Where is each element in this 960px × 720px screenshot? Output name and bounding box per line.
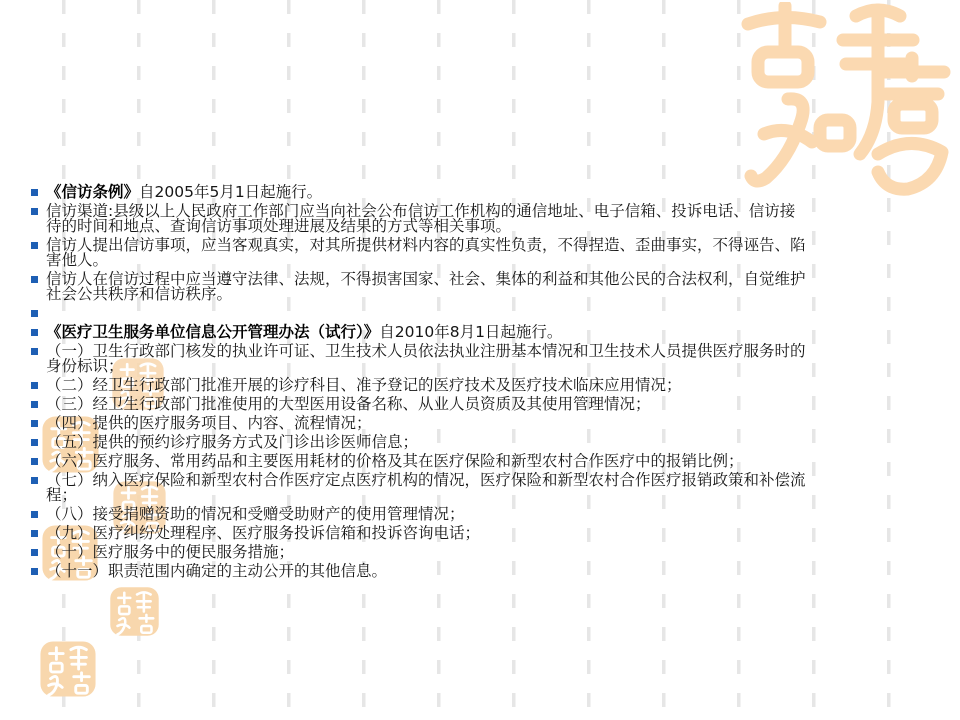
item-body: 信访人提出信访事项，应当客观真实，对其所提供材料内容的真实性负责，不得捏造、歪曲… xyxy=(46,236,806,269)
list-item: （六）医疗服务、常用药品和主要医用耗材的价格及其在医疗保险和新型农村合作医疗中的… xyxy=(30,452,852,471)
list-item: （十）医疗服务中的便民服务措施； xyxy=(30,543,852,562)
item-text: （一）卫生行政部门核发的执业许可证、卫生技术人员依法执业注册基本情况和卫生技术人… xyxy=(46,344,806,374)
item-body: （四）提供的医疗服务项目、内容、流程情况； xyxy=(46,414,372,432)
item-text: （三）经卫生行政部门批准使用的大型医用设备名称、从业人员资质及其使用管理情况； xyxy=(46,397,651,412)
bullet-icon xyxy=(31,530,38,537)
list-item xyxy=(30,304,852,323)
seal-stamp-icon xyxy=(109,586,160,637)
regulation-title: 《医疗卫生服务单位信息公开管理办法（试行）》 xyxy=(46,323,379,341)
item-text: 信访人提出信访事项，应当客观真实，对其所提供材料内容的真实性负责，不得捏造、歪曲… xyxy=(46,238,806,268)
item-text: （十）医疗服务中的便民服务措施； xyxy=(46,545,294,560)
bullet-icon xyxy=(31,549,38,556)
bullet-icon xyxy=(31,382,38,389)
list-item: 信访渠道:县级以上人民政府工作部门应当向社会公布信访工作机构的通信地址、电子信箱… xyxy=(30,202,852,236)
bullet-icon xyxy=(31,458,38,465)
bullet-icon xyxy=(31,477,38,484)
bullet-icon xyxy=(31,420,38,427)
item-body: 自2010年8月1日起施行。 xyxy=(379,323,562,341)
list-item: （八）接受捐赠资助的情况和受赠受助财产的使用管理情况； xyxy=(30,505,852,524)
bullet-icon xyxy=(31,242,38,249)
item-text: （九）医疗纠纷处理程序、医疗服务投诉信箱和投诉咨询电话； xyxy=(46,526,480,541)
list-item: 信访人在信访过程中应当遵守法律、法规，不得损害国家、社会、集体的利益和其他公民的… xyxy=(30,270,852,304)
list-item: 《信访条例》自2005年5月1日起施行。 xyxy=(30,183,852,202)
bullet-icon xyxy=(31,439,38,446)
list-item: （一）卫生行政部门核发的执业许可证、卫生技术人员依法执业注册基本情况和卫生技术人… xyxy=(30,342,852,376)
item-text: （八）接受捐赠资助的情况和受赠受助财产的使用管理情况； xyxy=(46,507,465,522)
item-body: 信访人在信访过程中应当遵守法律、法规，不得损害国家、社会、集体的利益和其他公民的… xyxy=(46,270,806,303)
item-body: （一）卫生行政部门核发的执业许可证、卫生技术人员依法执业注册基本情况和卫生技术人… xyxy=(46,342,806,375)
bullet-icon xyxy=(31,329,38,336)
item-text: 《医疗卫生服务单位信息公开管理办法（试行）》自2010年8月1日起施行。 xyxy=(46,325,562,340)
list-item: （十一）职责范围内确定的主动公开的其他信息。 xyxy=(30,562,852,581)
bullet-icon xyxy=(31,208,38,215)
list-item: （三）经卫生行政部门批准使用的大型医用设备名称、从业人员资质及其使用管理情况； xyxy=(30,395,852,414)
item-body: （九）医疗纠纷处理程序、医疗服务投诉信箱和投诉咨询电话； xyxy=(46,524,480,542)
list-item: （二）经卫生行政部门批准开展的诊疗科目、准予登记的医疗技术及医疗技术临床应用情况… xyxy=(30,376,852,395)
item-text: （十一）职责范围内确定的主动公开的其他信息。 xyxy=(46,564,387,579)
item-text: （四）提供的医疗服务项目、内容、流程情况； xyxy=(46,416,372,431)
item-text: （五）提供的预约诊疗服务方式及门诊出诊医师信息； xyxy=(46,435,418,450)
item-body: （十）医疗服务中的便民服务措施； xyxy=(46,543,294,561)
regulation-title: 《信访条例》 xyxy=(46,183,139,201)
item-text: 信访人在信访过程中应当遵守法律、法规，不得损害国家、社会、集体的利益和其他公民的… xyxy=(46,272,806,302)
item-body: （八）接受捐赠资助的情况和受赠受助财产的使用管理情况； xyxy=(46,505,465,523)
seal-stamp-icon xyxy=(39,640,97,698)
bullet-icon xyxy=(31,568,38,575)
list-item: （五）提供的预约诊疗服务方式及门诊出诊医师信息； xyxy=(30,433,852,452)
item-body: （六）医疗服务、常用药品和主要医用耗材的价格及其在医疗保险和新型农村合作医疗中的… xyxy=(46,452,744,470)
item-text: 《信访条例》自2005年5月1日起施行。 xyxy=(46,185,322,200)
list-item: 信访人提出信访事项，应当客观真实，对其所提供材料内容的真实性负责，不得捏造、歪曲… xyxy=(30,236,852,270)
list-item: （四）提供的医疗服务项目、内容、流程情况； xyxy=(30,414,852,433)
bullet-icon xyxy=(31,348,38,355)
item-text: （七）纳入医疗保险和新型农村合作医疗定点医疗机构的情况，医疗保险和新型农村合作医… xyxy=(46,473,806,503)
item-body: （十一）职责范围内确定的主动公开的其他信息。 xyxy=(46,562,387,580)
bullet-icon xyxy=(31,189,38,196)
item-body: （二）经卫生行政部门批准开展的诊疗科目、准予登记的医疗技术及医疗技术临床应用情况… xyxy=(46,376,682,394)
item-body: （七）纳入医疗保险和新型农村合作医疗定点医疗机构的情况，医疗保险和新型农村合作医… xyxy=(46,471,806,504)
bullet-icon xyxy=(31,401,38,408)
list-item: （七）纳入医疗保险和新型农村合作医疗定点医疗机构的情况，医疗保险和新型农村合作医… xyxy=(30,471,852,505)
item-text: （二）经卫生行政部门批准开展的诊疗科目、准予登记的医疗技术及医疗技术临床应用情况… xyxy=(46,378,682,393)
bullet-icon xyxy=(31,310,38,317)
item-body: （五）提供的预约诊疗服务方式及门诊出诊医师信息； xyxy=(46,433,418,451)
bullet-icon xyxy=(31,276,38,283)
list-item: （九）医疗纠纷处理程序、医疗服务投诉信箱和投诉咨询电话； xyxy=(30,524,852,543)
item-body: （三）经卫生行政部门批准使用的大型医用设备名称、从业人员资质及其使用管理情况； xyxy=(46,395,651,413)
bullet-list: 《信访条例》自2005年5月1日起施行。 信访渠道:县级以上人民政府工作部门应当… xyxy=(30,183,852,581)
item-text: 信访渠道:县级以上人民政府工作部门应当向社会公布信访工作机构的通信地址、电子信箱… xyxy=(46,204,795,234)
bullet-icon xyxy=(31,511,38,518)
item-text: （六）医疗服务、常用药品和主要医用耗材的价格及其在医疗保险和新型农村合作医疗中的… xyxy=(46,454,744,469)
auspicious-calligraphy-watermark-icon xyxy=(728,2,960,207)
item-body: 信访渠道:县级以上人民政府工作部门应当向社会公布信访工作机构的通信地址、电子信箱… xyxy=(46,202,795,235)
slide-canvas: 《信访条例》自2005年5月1日起施行。 信访渠道:县级以上人民政府工作部门应当… xyxy=(0,0,960,720)
list-item: 《医疗卫生服务单位信息公开管理办法（试行）》自2010年8月1日起施行。 xyxy=(30,323,852,342)
item-body: 自2005年5月1日起施行。 xyxy=(139,183,322,201)
